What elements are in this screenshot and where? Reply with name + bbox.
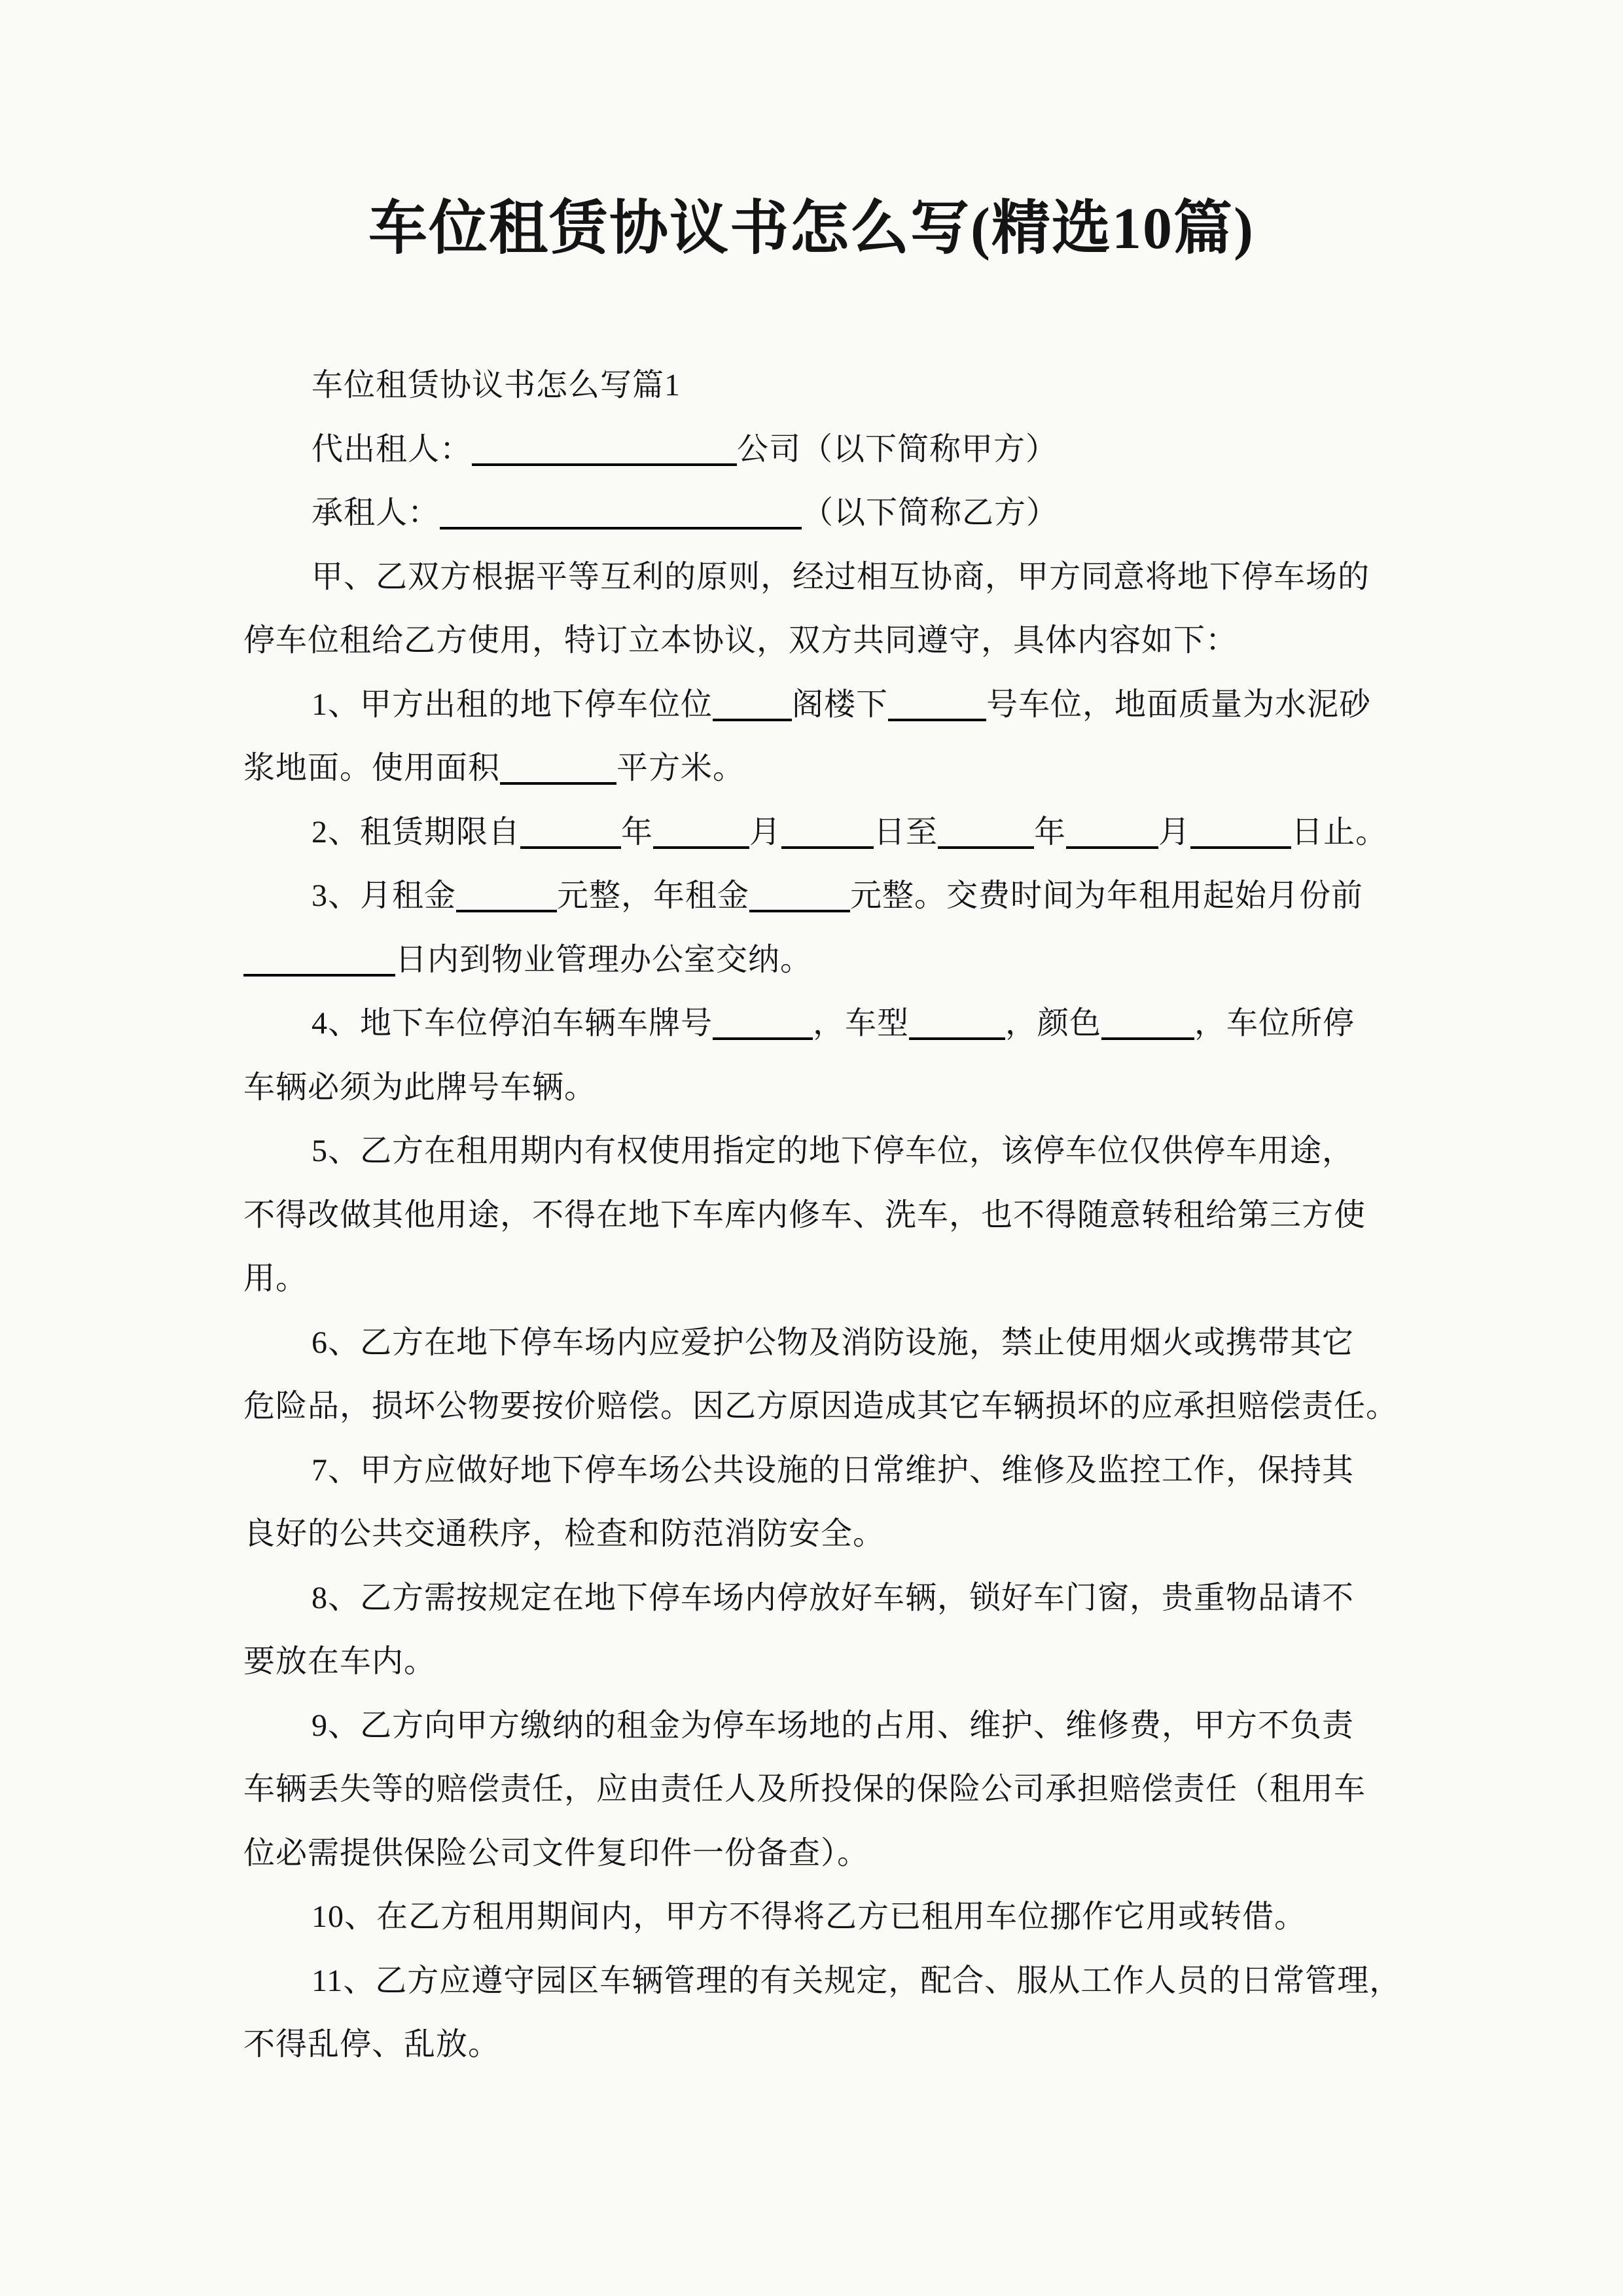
document-line: 5、乙方在租用期内有权使用指定的地下停车位，该停车位仅供停车用途， — [243, 1119, 1415, 1183]
text-run: 5、乙方在租用期内有权使用指定的地下停车位，该停车位仅供停车用途， — [312, 1134, 1354, 1168]
text-run: 号车位，地面质量为水泥砂 — [986, 687, 1371, 722]
document-line: 浆地面。使用面积平方米。 — [243, 736, 1415, 800]
fill-in-blank — [909, 1032, 1005, 1040]
document-line: 3、月租金元整，年租金元整。交费时间为年租用起始月份前 — [243, 864, 1415, 928]
document-title: 车位租赁协议书怎么写(精选10篇) — [0, 196, 1623, 262]
text-run: 9、乙方向甲方缴纳的租金为停车场地的占用、维护、维修费，甲方不负责 — [312, 1708, 1354, 1743]
document-body: 车位租赁协议书怎么写篇1代出租人：公司（以下简称甲方）承租人：（以下简称乙方）甲… — [243, 353, 1415, 2077]
document-line: 2、租赁期限自年月日至年月日止。 — [243, 800, 1415, 865]
fill-in-blank — [713, 713, 792, 721]
text-run: 日内到物业管理办公室交纳。 — [395, 942, 812, 977]
text-run: ，车型 — [813, 1006, 909, 1041]
fill-in-blank — [456, 905, 557, 912]
text-run: 阁楼下 — [792, 687, 888, 722]
text-run: 公司（以下简称甲方） — [737, 432, 1058, 467]
text-run: 车辆必须为此牌号车辆。 — [243, 1070, 596, 1105]
text-run: 车辆丢失等的赔偿责任，应由责任人及所投保的保险公司承担赔偿责任（租用车 — [243, 1772, 1366, 1806]
fill-in-blank — [713, 1032, 813, 1040]
fill-in-blank — [653, 841, 749, 849]
document-line: 代出租人：公司（以下简称甲方） — [243, 418, 1415, 482]
text-run: 不得改做其他用途，不得在地下车库内修车、洗车，也不得随意转租给第三方使 — [243, 1198, 1366, 1232]
document-line: 4、地下车位停泊车辆车牌号，车型，颜色，车位所停 — [243, 992, 1415, 1056]
document-line: 用。 — [243, 1247, 1415, 1311]
fill-in-blank — [243, 969, 395, 977]
text-run: 日止。 — [1291, 815, 1387, 850]
text-run: ，车位所停 — [1194, 1006, 1355, 1041]
text-run: 元整。交费时间为年租用起始月份前 — [850, 878, 1363, 913]
document-line: 1、甲方出租的地下停车位位阁楼下号车位，地面质量为水泥砂 — [243, 673, 1415, 737]
document-line: 日内到物业管理办公室交纳。 — [243, 928, 1415, 992]
fill-in-blank — [781, 841, 874, 849]
text-run: 月 — [1158, 815, 1190, 850]
fill-in-blank — [520, 841, 621, 849]
document-line: 不得改做其他用途，不得在地下车库内修车、洗车，也不得随意转租给第三方使 — [243, 1183, 1415, 1247]
text-run: 4、地下车位停泊车辆车牌号 — [312, 1006, 713, 1041]
text-run: 承租人： — [312, 495, 440, 530]
fill-in-blank — [1190, 841, 1291, 849]
text-run: 7、甲方应做好地下停车场公共设施的日常维护、维修及监控工作，保持其 — [312, 1453, 1354, 1488]
document-line: 车辆丢失等的赔偿责任，应由责任人及所投保的保险公司承担赔偿责任（租用车 — [243, 1757, 1415, 1821]
document-line: 承租人：（以下简称乙方） — [243, 481, 1415, 545]
fill-in-blank — [749, 905, 850, 912]
text-run: 6、乙方在地下停车场内应爱护公物及消防设施，禁止使用烟火或携带其它 — [312, 1325, 1354, 1360]
text-run: 10、在乙方租用期间内，甲方不得将乙方已租用车位挪作它用或转借。 — [312, 1899, 1306, 1934]
text-run: 良好的公共交通秩序，检查和防范消防安全。 — [243, 1516, 885, 1551]
text-run: 甲、乙双方根据平等互利的原则，经过相互协商，甲方同意将地下停车场的 — [312, 560, 1370, 594]
fill-in-blank — [472, 458, 737, 466]
document-line: 甲、乙双方根据平等互利的原则，经过相互协商，甲方同意将地下停车场的 — [243, 545, 1415, 609]
text-run: 不得乱停、乱放。 — [243, 2027, 500, 2062]
document-line: 7、甲方应做好地下停车场公共设施的日常维护、维修及监控工作，保持其 — [243, 1439, 1415, 1503]
text-run: 年 — [1034, 815, 1066, 850]
document-line: 6、乙方在地下停车场内应爱护公物及消防设施，禁止使用烟火或携带其它 — [243, 1311, 1415, 1375]
text-run: 车位租赁协议书怎么写篇1 — [312, 368, 681, 403]
document-line: 车辆必须为此牌号车辆。 — [243, 1056, 1415, 1120]
document-line: 8、乙方需按规定在地下停车场内停放好车辆，锁好车门窗，贵重物品请不 — [243, 1566, 1415, 1630]
document-line: 停车位租给乙方使用，特订立本协议，双方共同遵守，具体内容如下： — [243, 609, 1415, 673]
text-run: 11、乙方应遵守园区车辆管理的有关规定，配合、服从工作人员的日常管理， — [312, 1964, 1401, 1998]
text-run: ，颜色 — [1005, 1006, 1101, 1041]
text-run: 日至 — [874, 815, 938, 850]
text-run: 停车位租给乙方使用，特订立本协议，双方共同遵守，具体内容如下： — [243, 623, 1238, 658]
document-line: 9、乙方向甲方缴纳的租金为停车场地的占用、维护、维修费，甲方不负责 — [243, 1694, 1415, 1758]
document-line: 10、在乙方租用期间内，甲方不得将乙方已租用车位挪作它用或转借。 — [243, 1885, 1415, 1949]
text-run: 元整，年租金 — [557, 878, 749, 913]
document-line: 11、乙方应遵守园区车辆管理的有关规定，配合、服从工作人员的日常管理， — [243, 1949, 1415, 2013]
text-run: （以下简称乙方） — [802, 495, 1058, 530]
fill-in-blank — [938, 841, 1034, 849]
document-page: 车位租赁协议书怎么写(精选10篇) 车位租赁协议书怎么写篇1代出租人：公司（以下… — [0, 0, 1623, 2296]
text-run: 2、租赁期限自 — [312, 815, 520, 850]
text-run: 要放在车内。 — [243, 1644, 436, 1679]
text-run: 位必需提供保险公司文件复印件一份备查）。 — [243, 1836, 869, 1871]
text-run: 1、甲方出租的地下停车位位 — [312, 687, 713, 722]
text-run: 代出租人： — [312, 432, 472, 467]
text-run: 8、乙方需按规定在地下停车场内停放好车辆，锁好车门窗，贵重物品请不 — [312, 1581, 1354, 1615]
fill-in-blank — [500, 777, 616, 785]
text-run: 年 — [621, 815, 653, 850]
text-run: 危险品，损坏公物要按价赔偿。因乙方原因造成其它车辆损坏的应承担赔偿责任。 — [243, 1389, 1398, 1424]
text-run: 平方米。 — [616, 751, 745, 785]
fill-in-blank — [1066, 841, 1158, 849]
fill-in-blank — [1101, 1032, 1194, 1040]
text-run: 月 — [749, 815, 781, 850]
document-line: 车位租赁协议书怎么写篇1 — [243, 353, 1415, 418]
document-line: 要放在车内。 — [243, 1630, 1415, 1694]
text-run: 用。 — [243, 1261, 308, 1296]
document-line: 良好的公共交通秩序，检查和防范消防安全。 — [243, 1502, 1415, 1566]
text-run: 浆地面。使用面积 — [243, 751, 500, 785]
text-run: 3、月租金 — [312, 878, 456, 913]
fill-in-blank — [440, 522, 802, 529]
document-line: 危险品，损坏公物要按价赔偿。因乙方原因造成其它车辆损坏的应承担赔偿责任。 — [243, 1374, 1415, 1439]
document-line: 不得乱停、乱放。 — [243, 2013, 1415, 2077]
document-line: 位必需提供保险公司文件复印件一份备查）。 — [243, 1821, 1415, 1886]
fill-in-blank — [888, 713, 986, 721]
